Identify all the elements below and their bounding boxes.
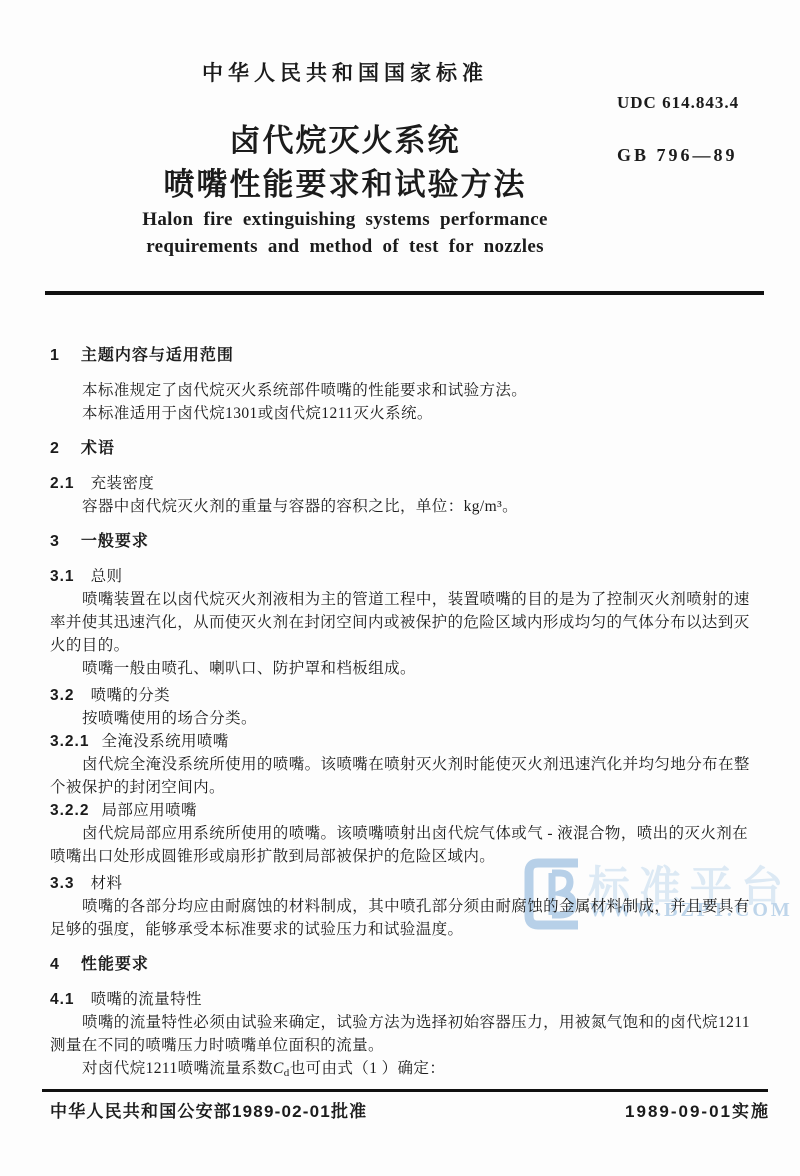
paragraph-line: 对卤代烷1211喷嘴流量系数Cd也可由式（1 ）确定： — [50, 1057, 774, 1080]
heading-text: 局部应用喷嘴 — [101, 802, 196, 819]
text-run: 也可由式（1 ）确定： — [290, 1060, 446, 1077]
footer-rule — [42, 1089, 768, 1092]
text-run: 对卤代烷1211喷嘴流量系数 — [82, 1060, 273, 1077]
paragraph-line: 喷嘴的流量特性必须由试验来确定，试验方法为选择初始容器压力，用被氮气饱和的卤代烷… — [50, 1011, 774, 1034]
paragraph-line: 卤代烷全淹没系统所使用的喷嘴。该喷嘴在喷射灭火剂时能使灭火剂迅速汽化并均匀地分布… — [50, 753, 774, 776]
clause-number: 2.1 — [50, 475, 75, 492]
clause-heading: 3.2喷嘴的分类 — [50, 684, 774, 707]
document-title-en-line1: Halon fire extinguishing systems perform… — [45, 209, 645, 231]
paragraph-line: 率并使其迅速汽化，从而使灭火剂在封闭空间内或被保护的危险区域内形成均匀的气体分布… — [50, 611, 774, 634]
clause-number: 4.1 — [50, 991, 75, 1008]
paragraph-line: 喷嘴装置在以卤代烷灭火剂液相为主的管道工程中，装置喷嘴的目的是为了控制灭火剂喷射… — [50, 588, 774, 611]
clause-number: 2 — [50, 440, 60, 457]
paragraph-text: 喷嘴一般由喷孔、喇叭口、防护罩和档板组成。 — [82, 660, 416, 677]
paragraph-line: 足够的强度，能够承受本标准要求的试验压力和试验温度。 — [50, 918, 774, 941]
paragraph-text: 卤代烷全淹没系统所使用的喷嘴。该喷嘴在喷射灭火剂时能使灭火剂迅速汽化并均匀地分布… — [82, 756, 750, 773]
implementation-note: 1989-09-01实施 — [625, 1097, 770, 1122]
approval-note: 中华人民共和国公安部1989-02-01批准 — [50, 1097, 367, 1122]
clause-number: 3 — [50, 533, 60, 550]
paragraph-text: 足够的强度，能够承受本标准要求的试验压力和试验温度。 — [50, 921, 463, 938]
paragraph-line: 本标准适用于卤代烷1301或卤代烷1211灭火系统。 — [50, 402, 774, 425]
paragraph-line: 喷嘴出口处形成圆锥形或扇形扩散到局部被保护的危险区域内。 — [50, 845, 774, 868]
national-standard-label: 中华人民共和国国家标准 — [45, 57, 645, 87]
paragraph-text: 个被保护的封闭空间内。 — [50, 779, 225, 796]
paragraph-text: 容器中卤代烷灭火剂的重量与容器的容积之比，单位：kg/m³。 — [82, 498, 518, 515]
document-body: 1主题内容与适用范围本标准规定了卤代烷灭火系统部件喷嘴的性能要求和试验方法。本标… — [50, 332, 774, 1080]
clause-heading: 2.1充装密度 — [50, 472, 774, 495]
clause-number: 3.1 — [50, 568, 75, 585]
paragraph-text: 喷嘴装置在以卤代烷灭火剂液相为主的管道工程中，装置喷嘴的目的是为了控制灭火剂喷射… — [82, 591, 750, 608]
heading-text: 喷嘴的流量特性 — [91, 991, 202, 1008]
udc-number: UDC 614.843.4 — [617, 93, 739, 113]
paragraph-text: 喷嘴出口处形成圆锥形或扇形扩散到局部被保护的危险区域内。 — [50, 848, 495, 865]
paragraph-line: 喷嘴的各部分均应由耐腐蚀的材料制成，其中喷孔部分须由耐腐蚀的金属材料制成，并且要… — [50, 895, 774, 918]
paragraph-line: 容器中卤代烷灭火剂的重量与容器的容积之比，单位：kg/m³。 — [50, 495, 774, 518]
heading-text: 全淹没系统用喷嘴 — [101, 733, 228, 750]
paragraph-line: 按喷嘴使用的场合分类。 — [50, 707, 774, 730]
paragraph-text: 喷嘴的流量特性必须由试验来确定，试验方法为选择初始容器压力，用被氮气饱和的卤代烷… — [82, 1014, 750, 1031]
header-rule — [45, 291, 764, 295]
heading-text: 术语 — [81, 440, 115, 457]
paragraph-line: 喷嘴一般由喷孔、喇叭口、防护罩和档板组成。 — [50, 657, 774, 680]
document-title-cn-line2: 喷嘴性能要求和试验方法 — [45, 159, 645, 204]
paragraph-line: 测量在不同的喷嘴压力时喷嘴单位面积的流量。 — [50, 1034, 774, 1057]
paragraph-line: 个被保护的封闭空间内。 — [50, 776, 774, 799]
heading-text: 材料 — [91, 875, 123, 892]
heading-text: 性能要求 — [81, 956, 149, 973]
paragraph-text: 卤代烷局部应用系统所使用的喷嘴。该喷嘴喷射出卤代烷气体或气 - 液混合物，喷出的… — [82, 825, 748, 842]
document-title-cn-line1: 卤代烷灭火系统 — [45, 115, 645, 160]
clause-heading: 3.2.2局部应用喷嘴 — [50, 799, 774, 822]
paragraph-line: 卤代烷局部应用系统所使用的喷嘴。该喷嘴喷射出卤代烷气体或气 - 液混合物，喷出的… — [50, 822, 774, 845]
clause-heading: 1主题内容与适用范围 — [50, 344, 774, 367]
paragraph-text: 率并使其迅速汽化，从而使灭火剂在封闭空间内或被保护的危险区域内形成均匀的气体分布… — [50, 614, 750, 631]
clause-heading: 4性能要求 — [50, 953, 774, 976]
heading-text: 主题内容与适用范围 — [81, 347, 234, 364]
clause-heading: 2术语 — [50, 437, 774, 460]
clause-heading: 4.1喷嘴的流量特性 — [50, 988, 774, 1011]
clause-heading: 3.2.1全淹没系统用喷嘴 — [50, 730, 774, 753]
paragraph-text: 测量在不同的喷嘴压力时喷嘴单位面积的流量。 — [50, 1037, 384, 1054]
clause-heading: 3一般要求 — [50, 530, 774, 553]
paragraph-line: 火的目的。 — [50, 634, 774, 657]
clause-number: 1 — [50, 347, 60, 364]
heading-text: 喷嘴的分类 — [91, 687, 171, 704]
paragraph-text: 喷嘴的各部分均应由耐腐蚀的材料制成，其中喷孔部分须由耐腐蚀的金属材料制成，并且要… — [82, 898, 750, 915]
paragraph-text: 本标准适用于卤代烷1301或卤代烷1211灭火系统。 — [82, 405, 433, 422]
paragraph-line: 本标准规定了卤代烷灭火系统部件喷嘴的性能要求和试验方法。 — [50, 379, 774, 402]
clause-heading: 3.3材料 — [50, 872, 774, 895]
clause-number: 3.2 — [50, 687, 75, 704]
standard-document-page: 标准平台 WWW.BZPT.COM 中华人民共和国国家标准 卤代烷灭火系统 喷嘴… — [0, 0, 800, 1176]
paragraph-text: 火的目的。 — [50, 637, 130, 654]
clause-number: 4 — [50, 956, 60, 973]
standard-number: GB 796—89 — [617, 145, 738, 166]
clause-heading: 3.1总则 — [50, 565, 774, 588]
heading-text: 一般要求 — [81, 533, 149, 550]
paragraph-text: 本标准规定了卤代烷灭火系统部件喷嘴的性能要求和试验方法。 — [82, 382, 527, 399]
heading-text: 充装密度 — [91, 475, 155, 492]
document-title-en-line2: requirements and method of test for nozz… — [45, 236, 645, 258]
clause-number: 3.2.1 — [50, 733, 89, 750]
heading-text: 总则 — [91, 568, 123, 585]
text-run: C — [273, 1060, 284, 1077]
clause-number: 3.3 — [50, 875, 75, 892]
clause-number: 3.2.2 — [50, 802, 89, 819]
paragraph-text: 按喷嘴使用的场合分类。 — [82, 710, 257, 727]
header-block: 中华人民共和国国家标准 卤代烷灭火系统 喷嘴性能要求和试验方法 Halon fi… — [45, 0, 645, 270]
